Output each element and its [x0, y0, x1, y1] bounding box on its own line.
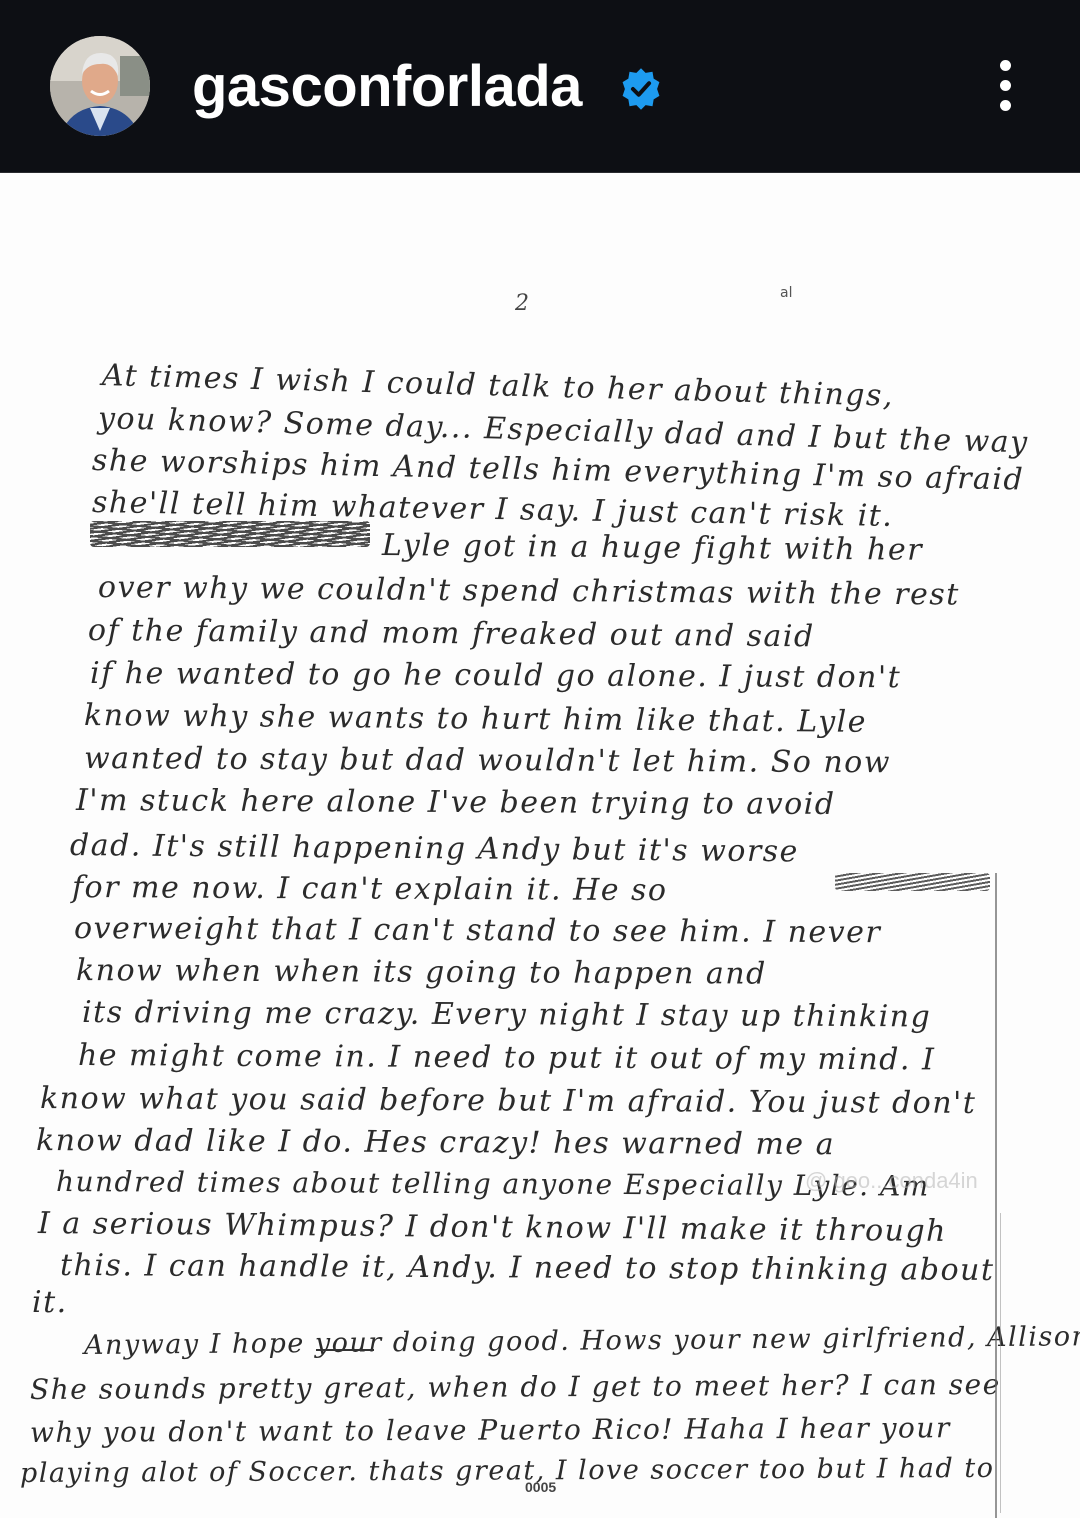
- post-header: gasconforlada: [0, 0, 1080, 173]
- letter-line: know dad like I do. Hes crazy! hes warne…: [36, 1123, 835, 1162]
- page-margin-line: [995, 873, 997, 1518]
- more-dot: [1000, 100, 1011, 111]
- bates-number: 0005: [525, 1479, 556, 1495]
- letter-line: know when when its going to happen and: [76, 953, 767, 992]
- verified-badge-icon: [618, 66, 664, 112]
- letter-line: over why we couldn't spend christmas wit…: [98, 570, 960, 613]
- letter-line: wanted to stay but dad wouldn't let him.…: [84, 741, 891, 780]
- page-number: 2: [515, 291, 529, 316]
- letter-line: Lyle got in a huge fight with her: [382, 528, 923, 568]
- more-vertical-icon: [1000, 60, 1011, 71]
- letter-line: Anyway I hope your doing good. Hows your…: [84, 1321, 1080, 1361]
- letter-line: hundred times about telling anyone Espec…: [56, 1165, 930, 1203]
- letter-line: I'm stuck here alone I've been trying to…: [76, 783, 836, 822]
- scribbled-out-text: [90, 521, 370, 547]
- letter-line: it.: [32, 1285, 68, 1320]
- letter-line: overweight that I can't stand to see him…: [74, 911, 881, 950]
- username[interactable]: gasconforlada: [192, 52, 582, 122]
- letter-line: he might come in. I need to put it out o…: [78, 1038, 936, 1077]
- post-image-letter[interactable]: 2 al At times I wish I could talk to her…: [0, 173, 1080, 1518]
- watermark: @ geo...conda4in: [805, 1168, 978, 1194]
- letter-line: playing alot of Soccer. thats great, I l…: [20, 1453, 995, 1489]
- letter-line: I a serious Whimpus? I don't know I'll m…: [38, 1206, 947, 1249]
- scribbled-out-word: [835, 873, 990, 891]
- avatar-photo: [50, 36, 150, 136]
- letter-line: its driving me crazy. Every night I stay…: [82, 995, 931, 1034]
- more-options-button[interactable]: [990, 56, 1020, 116]
- letter-line: this. I can handle it, Andy. I need to s…: [60, 1248, 995, 1288]
- letter-line: why you don't want to leave Puerto Rico!…: [30, 1411, 951, 1449]
- avatar[interactable]: [50, 36, 150, 136]
- letter-line: know why she wants to hurt him like that…: [84, 698, 867, 740]
- letter-line: of the family and mom freaked out and sa…: [88, 613, 815, 654]
- letter-line: for me now. I can't explain it. He so: [72, 870, 668, 908]
- letter-line: know what you said before but I'm afraid…: [40, 1081, 977, 1121]
- letter-line: She sounds pretty great, when do I get t…: [30, 1368, 1001, 1406]
- page-margin-line: [1000, 1213, 1001, 1513]
- underline-mark: [316, 1349, 374, 1351]
- letter-line: dad. It's still happening Andy but it's …: [70, 828, 799, 869]
- letter-line: if he wanted to go he could go alone. I …: [90, 656, 901, 695]
- more-dot: [1000, 80, 1011, 91]
- corner-mark: al: [780, 285, 792, 301]
